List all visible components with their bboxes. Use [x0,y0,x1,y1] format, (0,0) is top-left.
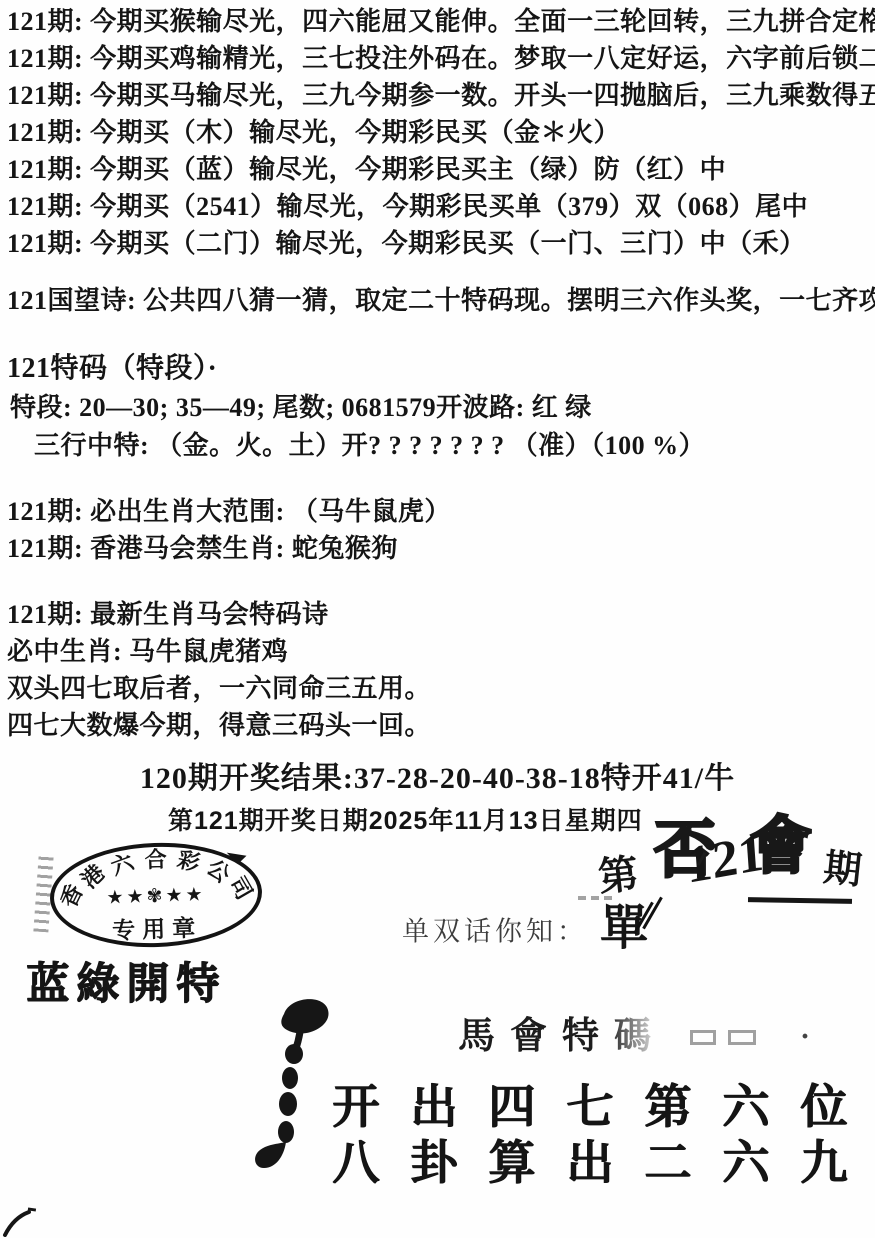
banner-underline [748,897,852,904]
poem-line: 121期: 今期买猴输尽光，四六能屈又能伸。全面一三轮回转，三九拼合定格局。 [7,3,875,40]
lottery-tip-sheet: 121期: 今期买猴输尽光，四六能屈又能伸。全面一三轮回转，三九拼合定格局。 1… [0,0,875,1238]
poem-line: 121期: 今期买鸡输精光，三七投注外码在。梦取一八定好运，六字前后锁二四。 [7,40,875,77]
zodiac-block: 121期: 必出生肖大范围: （马牛鼠虎） 121期: 香港马会禁生肖: 蛇兔猴… [7,493,451,567]
stamp-bottom-text: 专用章 [55,907,260,947]
stamp-stars-row: ★★✾★★ [54,881,259,910]
banner-suffix: 期 [821,836,865,895]
tema-poem-title: 121期: 最新生肖马会特码诗 [7,596,431,633]
faded-glyph-mark [728,1030,756,1045]
stamp-arc-char: 六 [106,845,137,882]
banner-prefix: 第 [595,842,641,903]
zodiac-forbidden-line: 121期: 香港马会禁生肖: 蛇兔猴狗 [7,530,451,567]
guowang-poem-line: 121国望诗: 公共四八猜一猜，取定二十特码现。摆明三六作头奖，一七齐攻八走红。 [7,282,875,319]
blue-green-tip: 蓝綠開特 [26,950,226,1011]
tema-poem-zodiac: 必中生肖: 马牛鼠虎猪鸡 [7,633,431,670]
odd-even-label: 单双话你知： [402,917,588,947]
issue-poem-block: 121期: 今期买猴输尽光，四六能屈又能伸。全面一三轮回转，三九拼合定格局。 1… [7,3,875,262]
odd-even-tip: 单双话你知： 單 [402,905,648,953]
tema-poem-verse: 四七大数爆今期，得意三码头一回。 [7,707,431,744]
tema-poem-verse: 双头四七取后者，一六同命三五用。 [7,670,431,707]
poem-line: 121期: 今期买（木）输尽光，今期彩民买（金＊火） [7,114,875,151]
odd-even-value-wrap: 單 [600,905,648,953]
stamp-arc-char: 合 [144,843,167,875]
banner-issue-number: 121 [685,823,766,896]
scan-noise [578,896,612,900]
corner-scan-mark [2,1203,38,1237]
poem-line: 121期: 今期买（蓝）输尽光，今期彩民买主（绿）防（红）中 [7,151,875,188]
poem-line: 121期: 今期买（2541）输尽光，今期彩民买单（379）双（068）尾中 [7,188,875,225]
zodiac-range-line: 121期: 必出生肖大范围: （马牛鼠虎） [7,493,451,530]
tema-section-title: 121特码（特段）· [7,350,217,387]
tema-sanxing-line: 三行中特: （金。火。土）开? ? ? ? ? ? ? （准）（100 %） [34,427,705,464]
previous-draw-result: 120期开奖结果:37-28-20-40-38-18特开41/牛 [0,753,875,797]
issue-number-banner: 否 會 第 121 期 [598,818,874,910]
company-stamp: 香 港 六 合 彩 公 司 ★★✾★★ 专用章 [48,839,264,950]
mahui-dot: · [800,1020,810,1054]
poem-line: 121期: 今期买马输尽光，三九今期参一数。开头一四抛脑后，三九乘数得五六。 [7,77,875,114]
odd-even-value: 單 [600,902,648,955]
tema-range-line: 特段: 20—30; 35—49; 尾数; 0681579开波路: 红 绿 [10,389,592,426]
print-fade-overlay [608,1000,670,1056]
prediction-line-2: 八卦算出二六九 [332,1126,875,1193]
next-draw-date: 第121期开奖日期2025年11月13日星期四 [168,801,643,837]
tema-poem-block: 121期: 最新生肖马会特码诗 必中生肖: 马牛鼠虎猪鸡 双头四七取后者，一六同… [7,596,431,744]
stamp-arc-char: 彩 [174,843,203,878]
poem-line: 121期: 今期买（二门）输尽光，今期彩民买（一门、三门）中（禾） [7,225,875,262]
faded-glyph-mark [690,1030,716,1045]
